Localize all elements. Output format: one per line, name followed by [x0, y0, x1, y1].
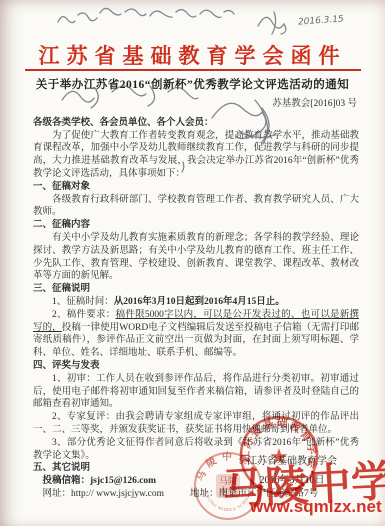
doc-number: 苏基教会[2016]03 号	[33, 98, 359, 111]
section-3-item-2: 2、稿件要求：稿件限5000字以内，可以是公开发表过的、也可以是新撰写的，投稿一…	[33, 309, 359, 360]
section-2-body: 有关中小学及幼儿教育实施素质教育的新理念；各学科的教学经验、理论探讨、教学方法及…	[33, 232, 359, 283]
notice-body: 苏基教会[2016]03 号 各级各类学校、各会员单位、各个人会员： 为了促使广…	[33, 98, 359, 501]
item1-label: 1、征稿时间：	[52, 297, 114, 307]
section-3-item-1: 1、征稿时间：从2016年3月10日起到2016年4月15日止。	[33, 296, 359, 309]
email-label: 投稿信箱：	[43, 476, 91, 486]
letterhead-divider	[25, 69, 361, 71]
web-label: 网址：	[43, 489, 72, 499]
watermark-url: www.sqmlzx.net	[250, 497, 382, 517]
email-value: jsjc15@126.com	[90, 476, 156, 486]
scanned-letter-page: 江苏省基础教育学会函件 关于举办江苏省2016“创新杯”优秀教学论文评选活动的通…	[0, 0, 385, 526]
handwritten-date-note: 2016.3.15	[298, 14, 344, 27]
section-4-heading: 四、评奖与发表	[33, 360, 359, 373]
salutation: 各级各类学校、各会员单位、各个人会员：	[33, 117, 359, 130]
addr-label: 地址：	[190, 489, 219, 499]
section-4-item-2: 2、专家复评：由我会聘请专家组成专家评审组，将通过初评的作品评出一、二、三等奖，…	[33, 411, 359, 437]
section-1-body: 各级教育行政科研部门、学校教育管理工作者、教育教学研究人员、广大教师。	[33, 194, 359, 220]
letterhead-title: 江苏省基础教育学会函件	[0, 40, 385, 70]
section-2-heading: 二、征稿内容	[33, 219, 359, 232]
section-3-heading: 三、征稿说明	[33, 283, 359, 296]
item2-label: 2、稿件要求：	[52, 310, 116, 320]
web-value: http:// www.jsjcjyw.com	[71, 489, 164, 499]
item2-rest: 投稿一律使用WORD电子文档编辑后发送至投稿电子信箱（无需打印邮寄纸质稿件），参…	[33, 323, 359, 359]
section-1-heading: 一、征稿对象	[33, 181, 359, 194]
item1-deadline: 从2016年3月10日起到2016年4月15日止。	[114, 297, 285, 307]
notice-title: 关于举办江苏省2016“创新杯”优秀教学论文评选活动的通知	[0, 76, 385, 92]
intro-paragraph: 为了促使广大教育工作者转变教育观念，提高教育教学水平，推动基础教育课程改革，加强…	[33, 130, 359, 181]
section-4-item-1: 1、初审：工作人员在收到参评作品后，将作品进行分类初审。初审通过后，使用电子邮件…	[33, 373, 359, 411]
